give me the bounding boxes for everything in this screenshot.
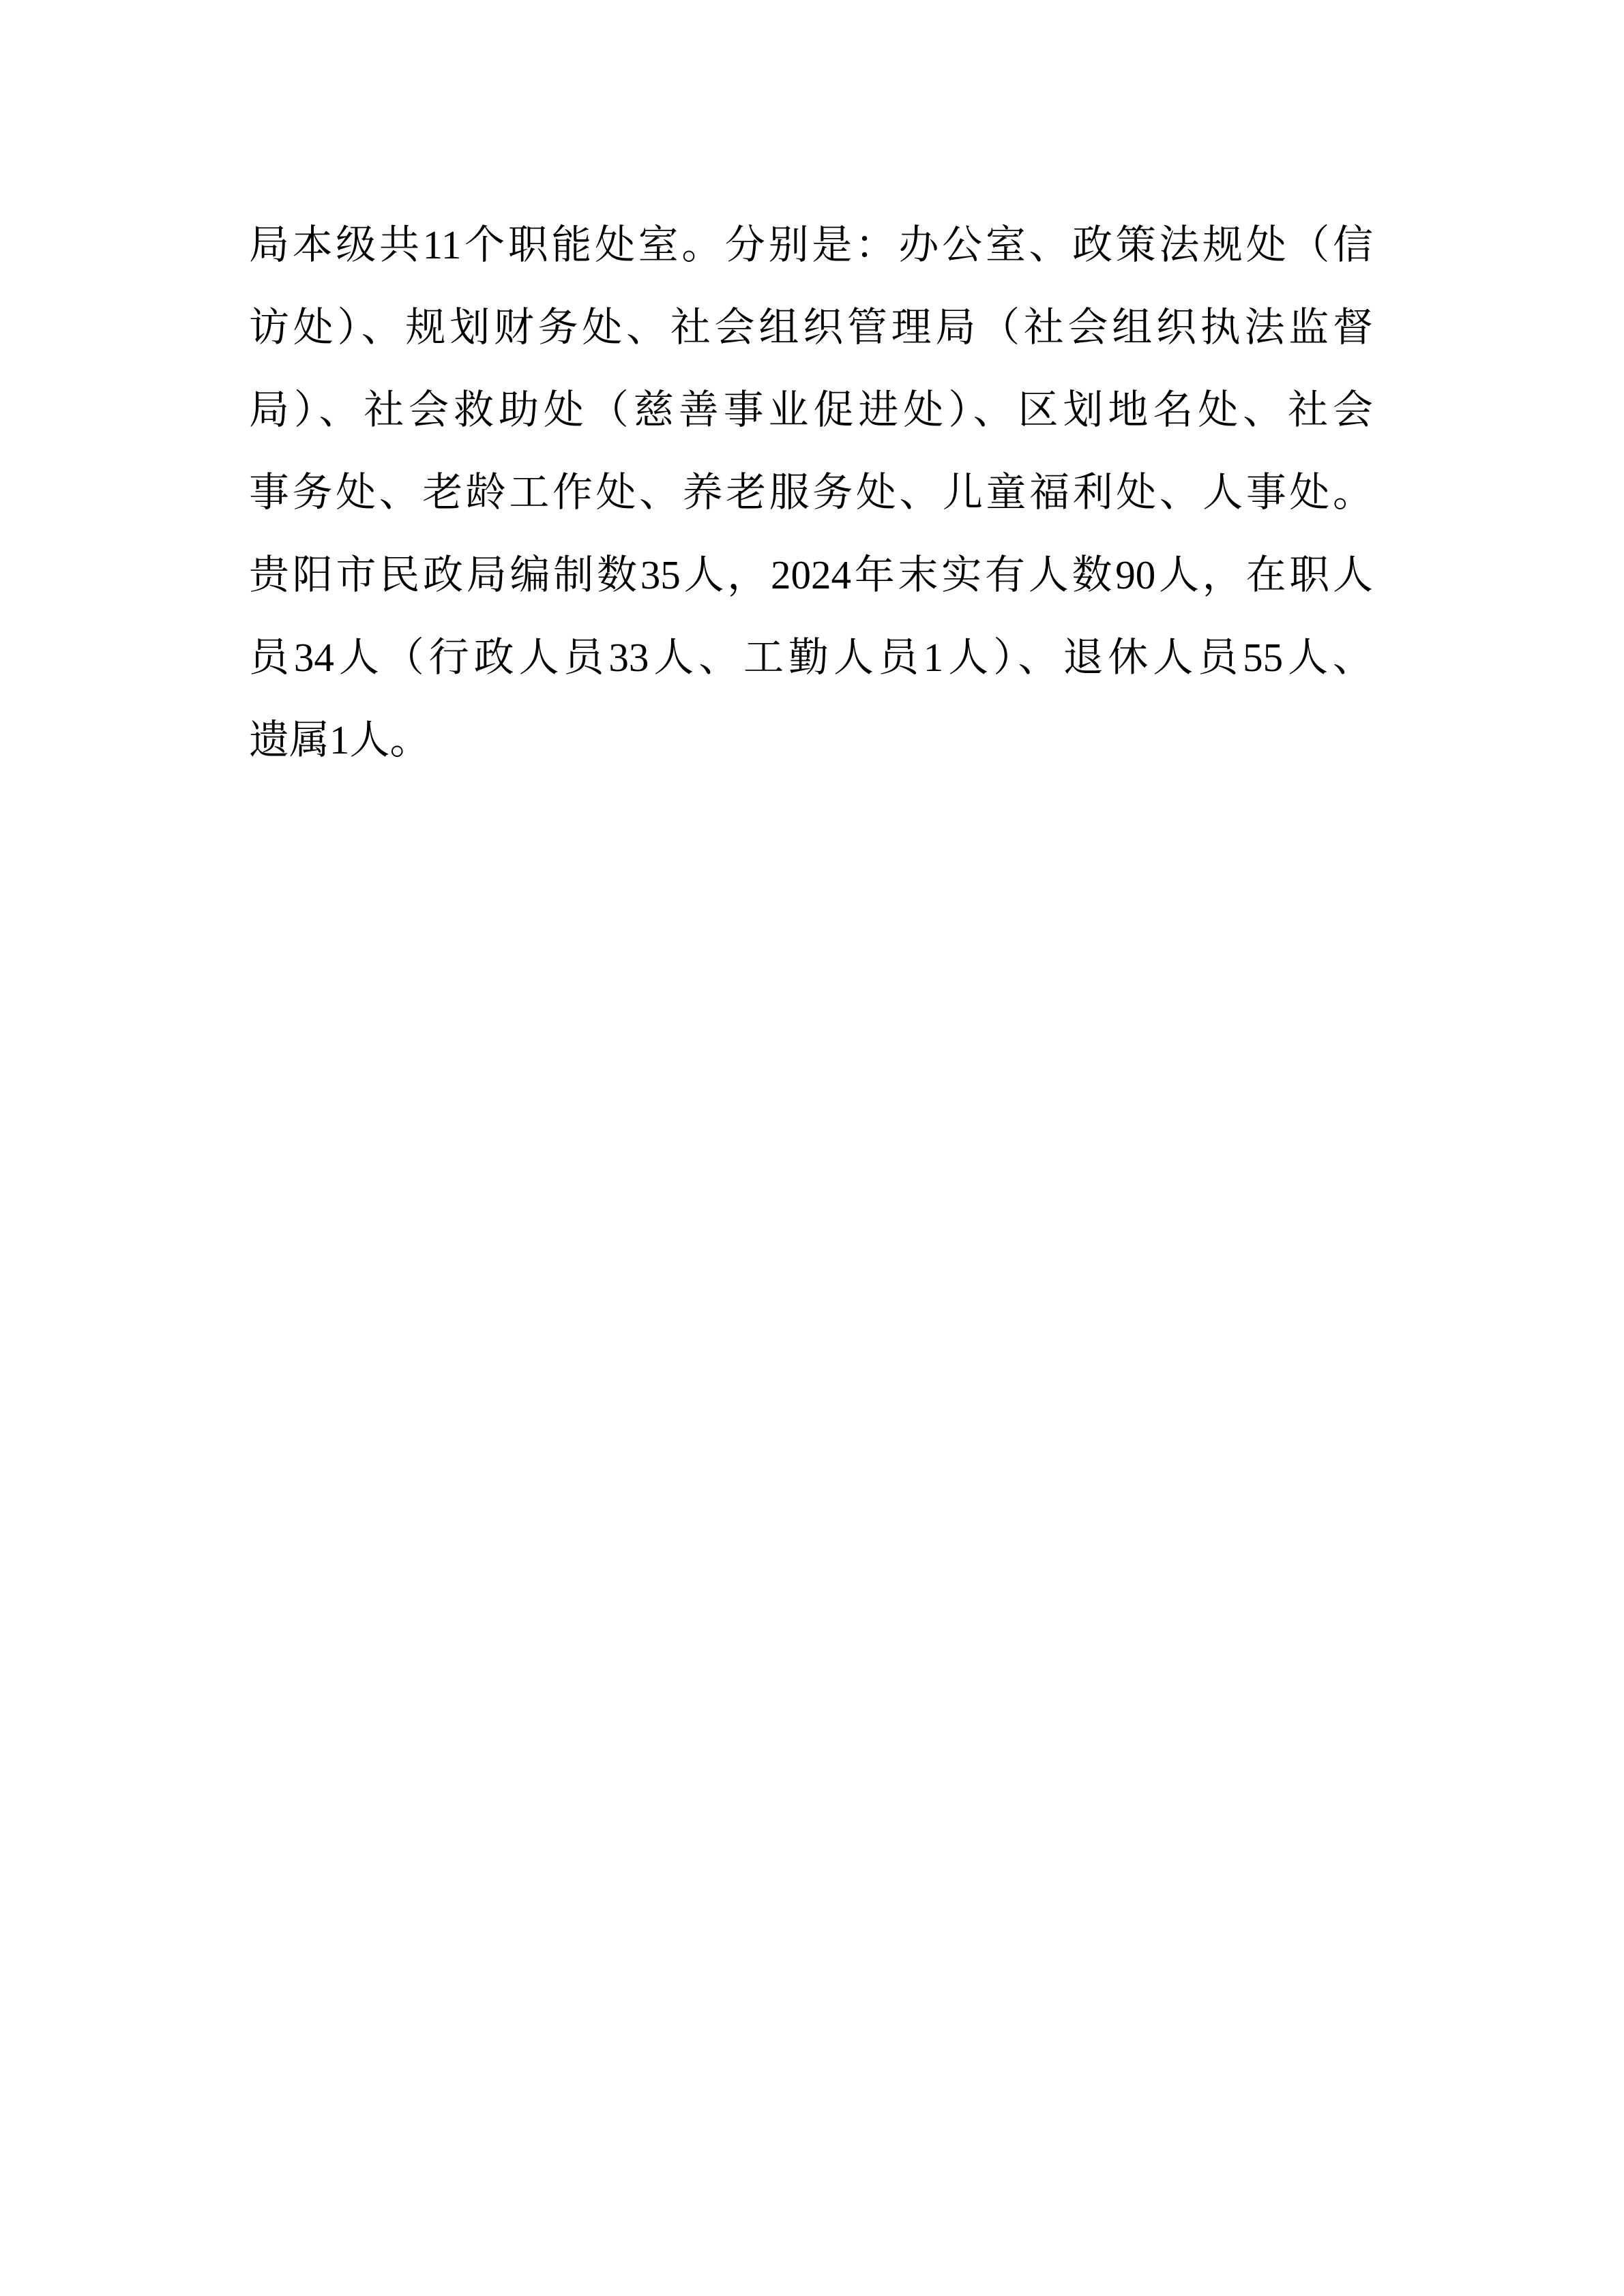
text-line-2: 访处）、规划财务处、社会组织管理局（社会组织执法监督 [249,286,1373,369]
text-line-3: 局）、社会救助处（慈善事业促进处）、区划地名处、社会 [249,369,1373,451]
paragraph-block: 局本级共11个职能处室。分别是：办公室、政策法规处（信 访处）、规划财务处、社会… [249,204,1373,781]
text-line-6: 员34人（行政人员33人、工勤人员1人）、退休人员55人、 [249,616,1373,699]
text-line-7: 遗属1人。 [249,699,1373,781]
text-line-5: 贵阳市民政局编制数35人，2024年末实有人数90人，在职人 [249,534,1373,616]
text-line-4: 事务处、老龄工作处、养老服务处、儿童福利处、人事处。 [249,451,1373,534]
text-line-1: 局本级共11个职能处室。分别是：办公室、政策法规处（信 [249,204,1373,286]
document-page: 局本级共11个职能处室。分别是：办公室、政策法规处（信 访处）、规划财务处、社会… [0,0,1624,2296]
